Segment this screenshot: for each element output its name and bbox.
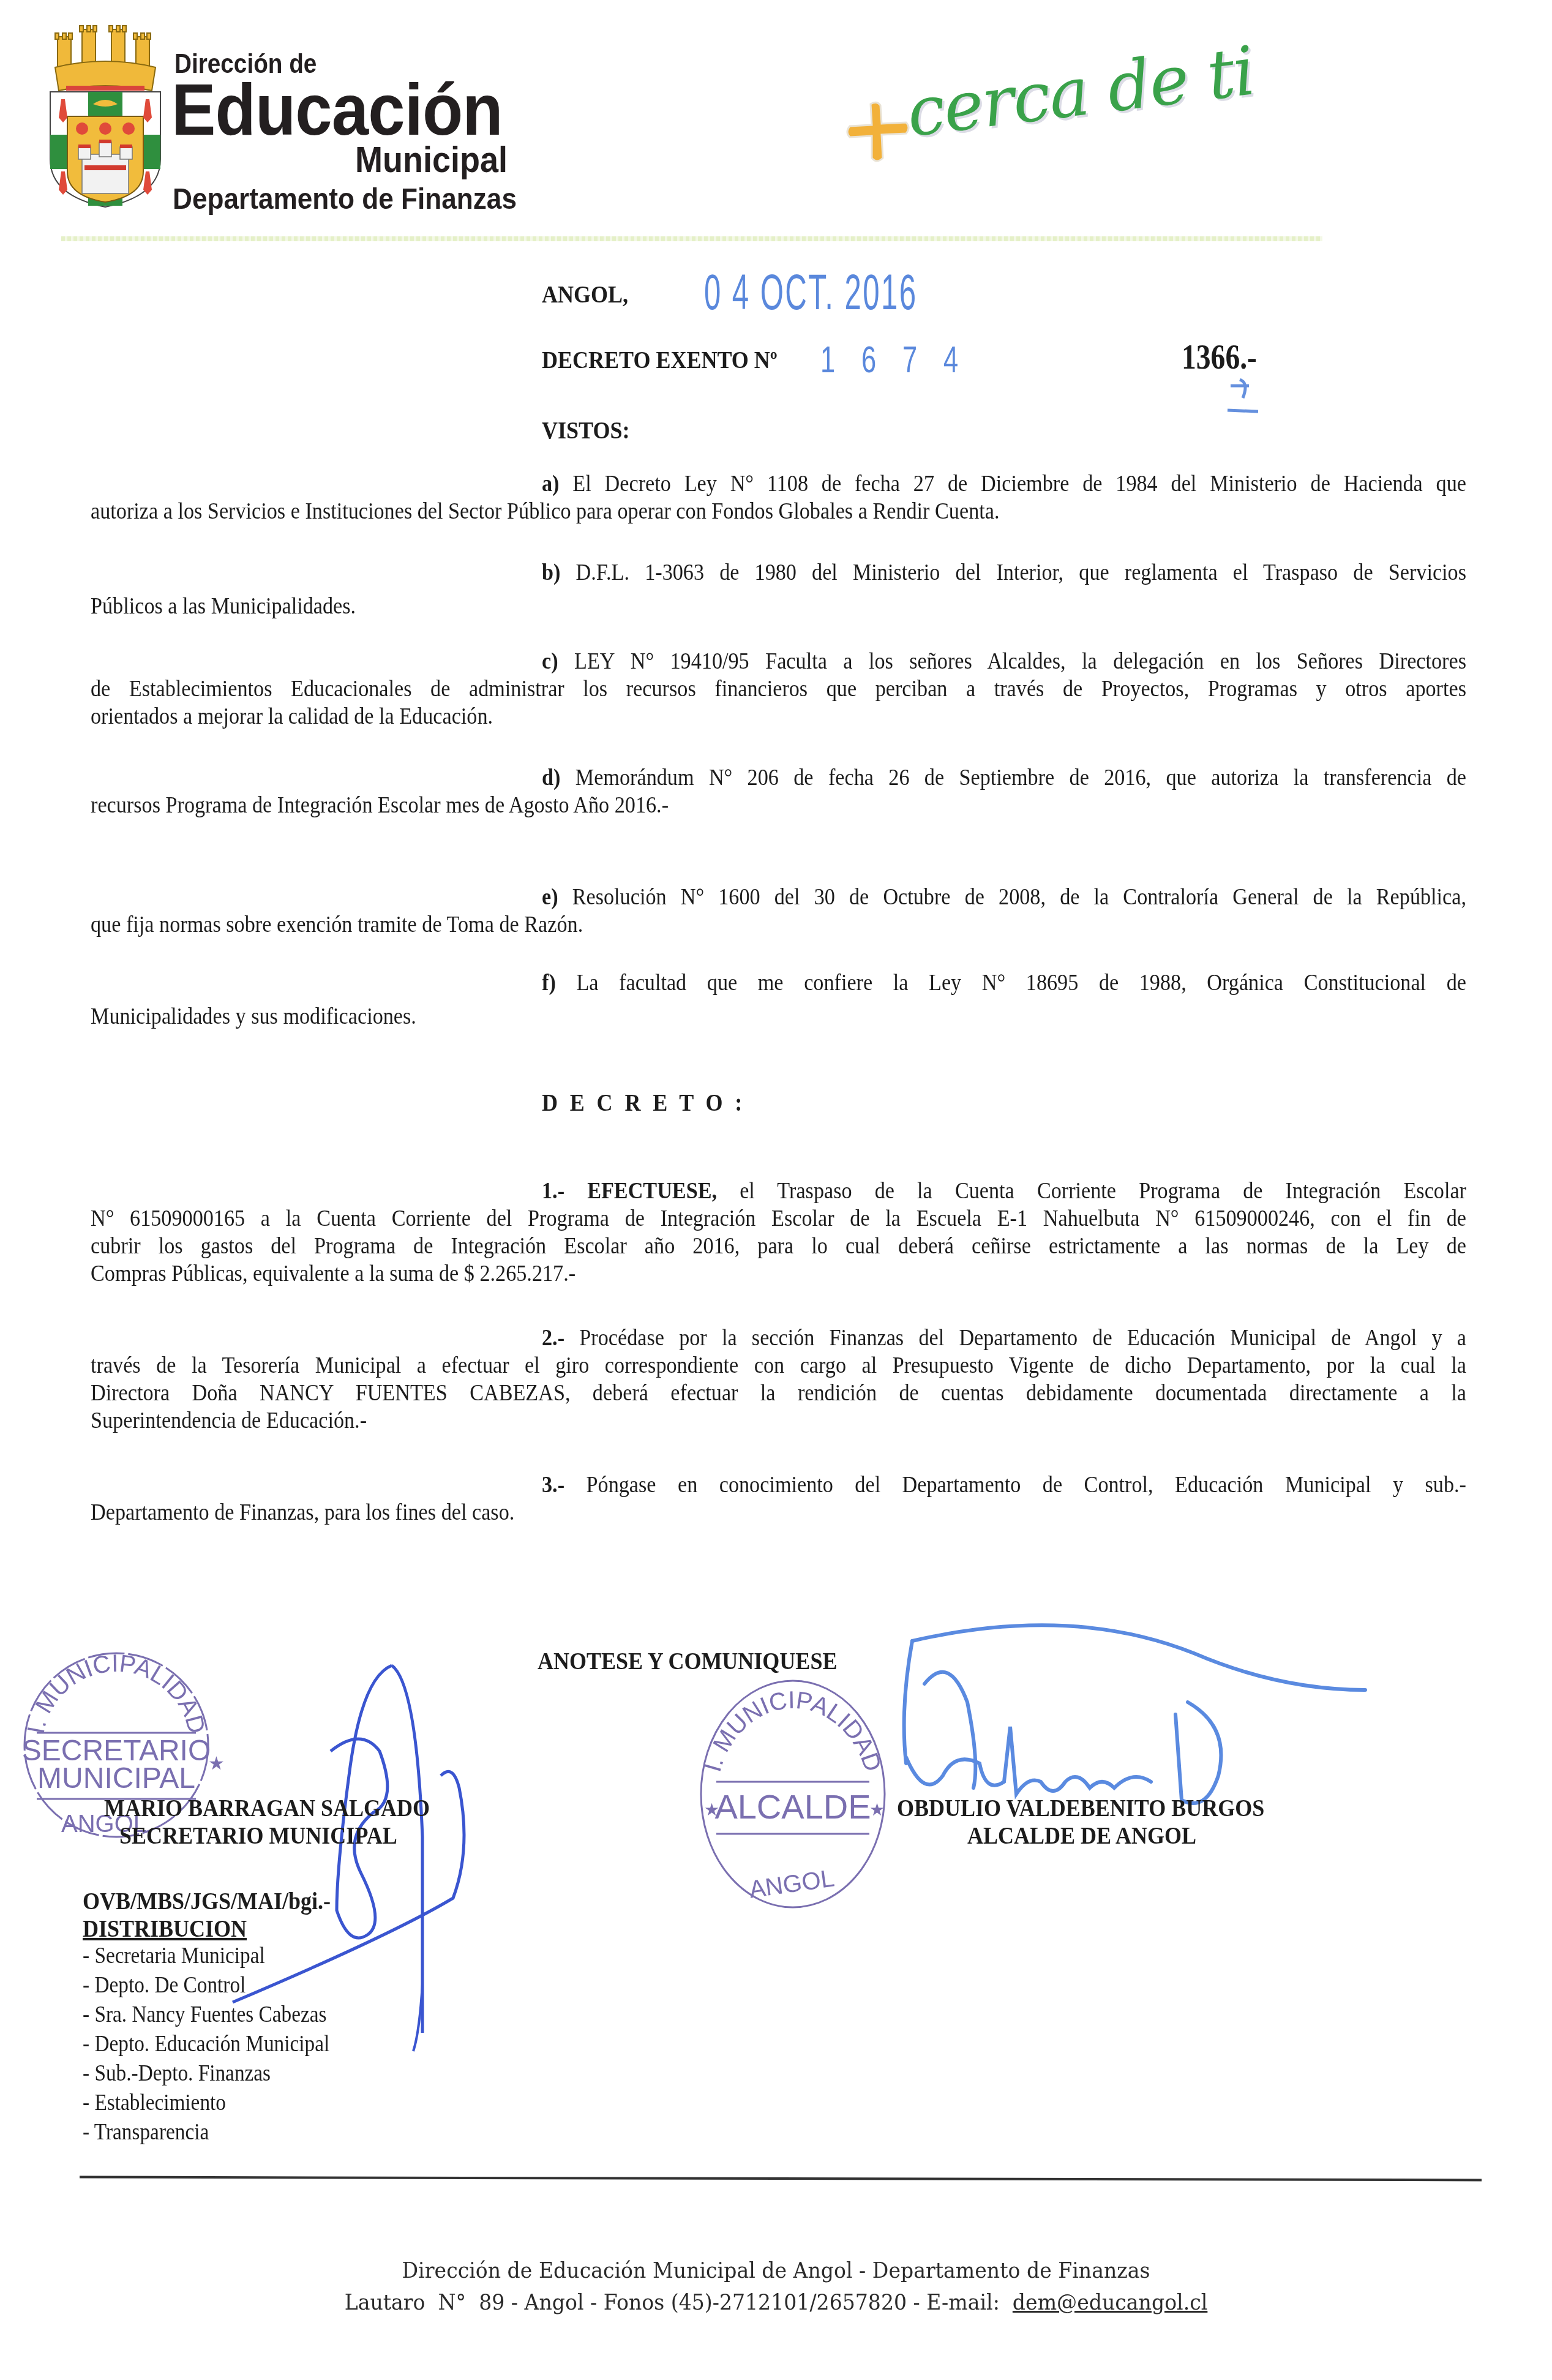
footer-divider — [80, 2176, 1482, 2182]
distribution-item: - Transparencia — [83, 2119, 209, 2146]
place-label: ANGOL, — [542, 280, 628, 308]
decree-stamp-number: 1 6 7 4 — [820, 346, 968, 374]
footer-org-line: Dirección de Educación Municipal de Ango… — [62, 2258, 1490, 2283]
paragraph-marker: f) — [542, 970, 556, 996]
paragraph-marker: d) — [542, 765, 560, 790]
paragraph-text: Resolución N° 1600 del 30 de Octubre de … — [572, 884, 1466, 910]
paragraph-lead: EFECTUESE, — [587, 1178, 717, 1204]
paragraph-marker: e) — [542, 884, 558, 910]
footer-contact-line: Lautaro N° 89 - Angol - Fonos (45)-27121… — [62, 2290, 1490, 2315]
mayor-seal-icon: I. MUNICIPALIDAD ALCALDE ★★ ANGOL — [692, 1672, 894, 1916]
paragraph-line: cubrir los gastos del Programa de Integr… — [91, 1233, 1466, 1260]
mayor-title: ALCALDE DE ANGOL — [967, 1822, 1196, 1849]
paragraph-text: La facultad que me confiere la Ley N° 18… — [576, 970, 1466, 996]
coat-of-arms-icon — [44, 24, 167, 208]
decree-typed-number: 1366.- — [1182, 344, 1257, 372]
paragraph-text: Póngase en conocimiento del Departamento… — [587, 1472, 1466, 1498]
paragraph-text: El Decreto Ley N° 1108 de fecha 27 de Di… — [572, 471, 1466, 497]
footer-email-link[interactable]: dem@educangol.cl — [1013, 2290, 1207, 2315]
distribution-item: - Sub.-Depto. Finanzas — [83, 2060, 271, 2087]
paragraph-text: el Traspaso de la Cuenta Corriente Progr… — [740, 1178, 1466, 1204]
logo-line-municipal: Municipal — [355, 138, 508, 181]
paragraph-line: Departamento de Finanzas, para los fines… — [91, 1499, 514, 1526]
mayor-name: OBDULIO VALDEBENITO BURGOS — [897, 1794, 1264, 1822]
reference-initials: OVB/MBS/JGS/MAI/bgi.- — [83, 1887, 331, 1915]
paragraph-line: autoriza a los Servicios e Instituciones… — [91, 498, 999, 525]
paragraph-text: Procédase por la sección Finanzas del De… — [579, 1325, 1466, 1351]
decree-label: DECRETO EXENTO Nº — [542, 346, 778, 374]
distribution-item: - Depto. Educación Municipal — [83, 2030, 329, 2058]
paragraph-first-line: b) D.F.L. 1-3063 de 1980 del Ministerio … — [542, 559, 1466, 587]
seal-alcalde: ALCALDE — [714, 1787, 871, 1826]
distribution-item: - Establecimiento — [83, 2089, 226, 2117]
distribution-item: - Sra. Nancy Fuentes Cabezas — [83, 2001, 327, 2029]
plus-icon — [845, 98, 912, 165]
svg-text:★: ★ — [208, 1754, 225, 1774]
paragraph-first-line: d) Memorándum N° 206 de fecha 26 de Sept… — [542, 764, 1466, 792]
svg-text:ANGOL: ANGOL — [748, 1865, 836, 1904]
paragraph-text: D.F.L. 1-3063 de 1980 del Ministerio del… — [576, 560, 1466, 585]
distribution-item: - Secretaria Municipal — [83, 1942, 265, 1970]
footer-address: Lautaro N° 89 - Angol - Fonos (45)-27121… — [345, 2290, 1013, 2315]
paragraph-first-line: 3.- Póngase en conocimiento del Departam… — [542, 1471, 1466, 1499]
paragraph-line: que fija normas sobre exención tramite d… — [91, 911, 583, 939]
paragraph-line: N° 61509000165 a la Cuenta Corriente del… — [91, 1205, 1466, 1233]
paragraph-marker: a) — [542, 471, 559, 497]
slogan-text: cerca de ti — [902, 32, 1258, 152]
paragraph-line: Municipalidades y sus modificaciones. — [91, 1003, 416, 1030]
header-divider — [61, 236, 1322, 241]
paragraph-first-line: 2.- Procédase por la sección Finanzas de… — [542, 1324, 1466, 1352]
paragraph-marker: b) — [542, 560, 560, 585]
paragraph-first-line: e) Resolución N° 1600 del 30 de Octubre … — [542, 884, 1466, 911]
logo-line-departamento: Departamento de Finanzas — [173, 182, 517, 216]
svg-text:★: ★ — [869, 1800, 885, 1819]
paragraph-text: Memorándum N° 206 de fecha 26 de Septiem… — [575, 765, 1466, 790]
paragraph-line: Compras Públicas, equivalente a la suma … — [91, 1260, 575, 1288]
paragraph-marker: c) — [542, 648, 558, 674]
paragraph-first-line: f) La facultad que me confiere la Ley N°… — [542, 969, 1466, 997]
paragraph-first-line: c) LEY N° 19410/95 Faculta a los señores… — [542, 648, 1466, 675]
paragraph-marker: 3.- — [542, 1472, 564, 1498]
paragraph-line: Directora Doña NANCY FUENTES CABEZAS, de… — [91, 1380, 1466, 1407]
svg-text:I. MUNICIPALIDAD: I. MUNICIPALIDAD — [699, 1687, 887, 1775]
secretary-name: MARIO BARRAGAN SALGADO — [104, 1794, 430, 1822]
svg-text:I. MUNICIPALIDAD: I. MUNICIPALIDAD — [23, 1650, 211, 1736]
paragraph-first-line: a) El Decreto Ley N° 1108 de fecha 27 de… — [542, 470, 1466, 498]
secretary-title: SECRETARIO MUNICIPAL — [119, 1822, 397, 1849]
handwritten-mark-icon — [1224, 374, 1261, 416]
paragraph-line: orientados a mejorar la calidad de la Ed… — [91, 703, 493, 730]
svg-text:★: ★ — [704, 1800, 719, 1819]
paragraph-line: de Establecimientos Educacionales de adm… — [91, 675, 1466, 703]
paragraph-line: través de la Tesorería Municipal a efect… — [91, 1352, 1466, 1380]
paragraph-first-line: 1.- EFECTUESE, el Traspaso de la Cuenta … — [542, 1177, 1466, 1205]
slogan-logo: cerca de ti — [845, 73, 1224, 171]
anotese-label: ANOTESE Y COMUNIQUESE — [538, 1647, 837, 1675]
paragraph-line: recursos Programa de Integración Escolar… — [91, 792, 669, 819]
logo-line-educacion: Educación — [171, 73, 503, 147]
paragraph-marker: 2.- — [542, 1325, 564, 1351]
mayor-signature — [888, 1616, 1390, 1819]
paragraph-line: Públicos a las Municipalidades. — [91, 593, 356, 620]
paragraph-marker: 1.- — [542, 1178, 564, 1204]
distribution-item: - Depto. De Control — [83, 1972, 246, 1999]
paragraph-text: LEY N° 19410/95 Faculta a los señores Al… — [574, 648, 1466, 674]
distribution-heading: DISTRIBUCION — [83, 1915, 247, 1942]
date-stamp: 0 4 OCT. 2016 — [704, 279, 917, 306]
decreto-heading: D E C R E T O : — [542, 1089, 746, 1116]
seal-municipal: MUNICIPAL — [37, 1762, 195, 1795]
paragraph-line: Superintendencia de Educación.- — [91, 1407, 367, 1435]
vistos-heading: VISTOS: — [542, 416, 629, 444]
